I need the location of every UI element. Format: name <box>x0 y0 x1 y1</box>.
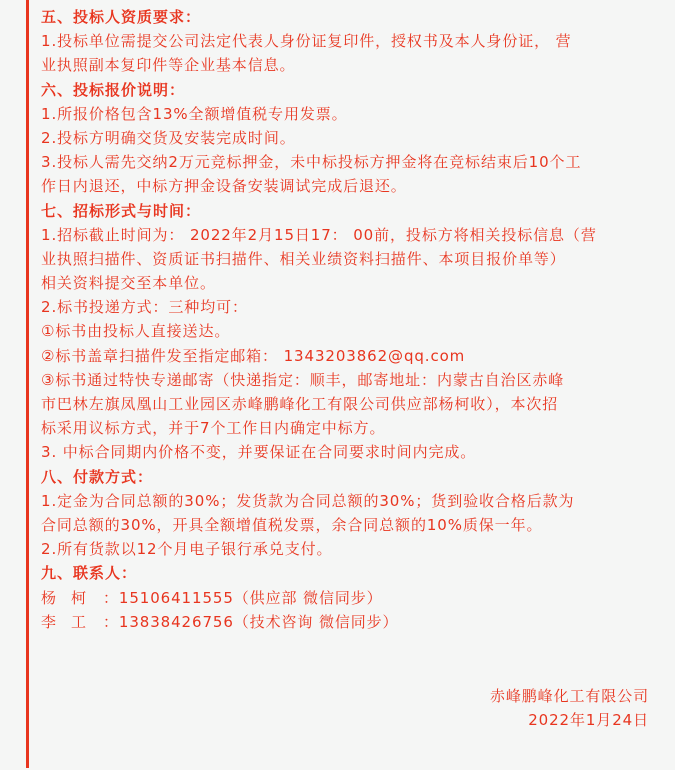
paragraph-line: 1.投标单位需提交公司法定代表人身份证复印件，授权书及本人身份证， 营 <box>41 29 653 53</box>
contact-phone: ：15106411555（供应部 微信同步） <box>103 589 383 607</box>
section-heading-bidding-format: 七、招标形式与时间： <box>41 199 653 223</box>
paragraph-line: 标采用议标方式，并于7个工作日内确定中标方。 <box>41 416 653 440</box>
paragraph-line: 2.所有货款以12个月电子银行承兑支付。 <box>41 537 653 561</box>
section-heading-payment: 八、付款方式： <box>41 465 653 489</box>
paragraph-line: 3. 中标合同期内价格不变，并要保证在合同要求时间内完成。 <box>41 440 653 464</box>
paragraph-line: 作日内退还，中标方押金设备安装调试完成后退还。 <box>41 174 653 198</box>
paragraph-line: 合同总额的30%，开具全额增值税发票，余合同总额的10%质保一年。 <box>41 513 653 537</box>
paragraph-line: ③标书通过特快专递邮寄（快递指定：顺丰，邮寄地址：内蒙古自治区赤峰 <box>41 368 653 392</box>
document-body: 五、投标人资质要求： 1.投标单位需提交公司法定代表人身份证复印件，授权书及本人… <box>41 5 653 634</box>
contact-row: 李工：13838426756（技术咨询 微信同步） <box>41 610 653 634</box>
section-heading-contacts: 九、联系人： <box>41 561 653 585</box>
paragraph-line: 相关资料提交至本单位。 <box>41 271 653 295</box>
paragraph-line: 1.定金为合同总额的30%；发货款为合同总额的30%；货到验收合格后款为 <box>41 489 653 513</box>
paragraph-line: 市巴林左旗凤凰山工业园区赤峰鹏峰化工有限公司供应部杨柯收），本次招 <box>41 392 653 416</box>
contact-phone: ：13838426756（技术咨询 微信同步） <box>103 613 398 631</box>
signature-block: 赤峰鹏峰化工有限公司 2022年1月24日 <box>490 684 649 732</box>
email-line: ②标书盖章扫描件发至指定邮箱： 1343203862@qq.com <box>41 344 653 368</box>
paragraph-line: 1.招标截止时间为： 2022年2月15日17： 00前，投标方将相关投标信息（… <box>41 223 653 247</box>
paragraph-line: 2.投标方明确交货及安装完成时间。 <box>41 126 653 150</box>
paragraph-line: 业执照扫描件、资质证书扫描件、相关业绩资料扫描件、本项目报价单等） <box>41 247 653 271</box>
paragraph-line: 1.所报价格包含13%全额增值税专用发票。 <box>41 102 653 126</box>
company-name: 赤峰鹏峰化工有限公司 <box>490 684 649 708</box>
paragraph-line: 2.标书投递方式：三种均可： <box>41 295 653 319</box>
section-heading-pricing: 六、投标报价说明： <box>41 78 653 102</box>
left-accent-bar <box>26 0 29 768</box>
contact-name: 李工 <box>41 610 103 634</box>
paragraph-line: ①标书由投标人直接送达。 <box>41 319 653 343</box>
section-heading-qualifications: 五、投标人资质要求： <box>41 5 653 29</box>
paragraph-line: 业执照副本复印件等企业基本信息。 <box>41 53 653 77</box>
paragraph-line: 3.投标人需先交纳2万元竞标押金，未中标投标方押金将在竞标结束后10个工 <box>41 150 653 174</box>
signature-date: 2022年1月24日 <box>490 708 649 732</box>
contact-row: 杨柯：15106411555（供应部 微信同步） <box>41 586 653 610</box>
contact-name: 杨柯 <box>41 586 103 610</box>
